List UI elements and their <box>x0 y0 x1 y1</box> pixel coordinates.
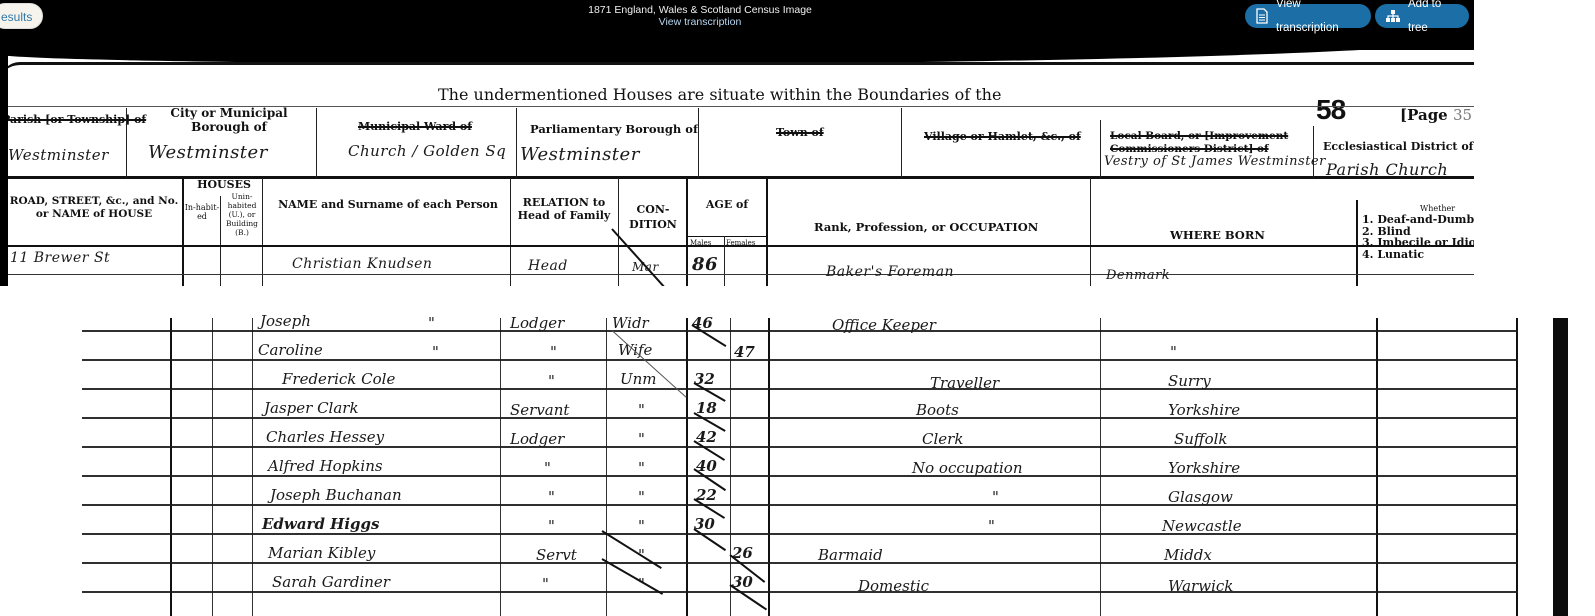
boundary-label-parliamentary: Parliamentary Borough of <box>530 122 698 136</box>
add-to-tree-label: Add to tree <box>1408 0 1459 40</box>
column-header-females: Females <box>726 239 755 247</box>
row-name: Alfred Hopkins <box>268 457 383 475</box>
row-condition: " <box>638 401 645 419</box>
first-row-address: 11 Brewer St <box>10 250 110 266</box>
view-transcription-link[interactable]: View transcription <box>520 16 880 28</box>
view-transcription-button[interactable]: View transcription <box>1245 4 1371 28</box>
first-row-name: Christian Knudsen <box>292 256 432 272</box>
row-condition: " <box>638 517 645 535</box>
boundary-value-local-board: Vestry of St James Westminster <box>1104 154 1326 169</box>
first-row-age-male: 86 <box>692 254 718 275</box>
row-relation: " <box>542 575 549 593</box>
row-where-born: " <box>1170 343 1177 361</box>
row-where-born: Glasgow <box>1168 488 1233 506</box>
column-header-males: Males <box>690 239 711 247</box>
column-header-whether: Whether <box>1420 204 1455 213</box>
boundary-label-local-board: Local Board, or [Improvement Commissione… <box>1110 130 1310 156</box>
row-relation: Servt <box>536 546 577 564</box>
row-occupation: Domestic <box>858 577 929 595</box>
view-transcription-label: View transcription <box>1276 0 1361 40</box>
row-relation: " <box>550 343 557 361</box>
row-relation: " <box>548 372 555 390</box>
boundary-value-parish: Westminster <box>8 146 109 164</box>
image-viewer[interactable]: The undermentioned Houses are situate wi… <box>0 0 1474 286</box>
column-header-where-born: WHERE BORN <box>1170 228 1265 242</box>
row-occupation: " <box>992 488 999 506</box>
column-header-road: ROAD, STREET, &c., and No. or NAME of HO… <box>8 195 180 221</box>
whether-options: 1. Deaf-and-Dumb 2. Blind 3. Imbecile or… <box>1362 214 1474 260</box>
row-age-female: 47 <box>734 343 755 361</box>
row-where-born: Middx <box>1164 546 1212 564</box>
row-relation: Lodger <box>510 430 564 448</box>
boundary-value-parliamentary: Westminster <box>520 144 640 165</box>
column-header-age: AGE of <box>694 198 760 211</box>
row-name: Joseph Buchanan <box>270 486 402 504</box>
column-header-name: NAME and Surname of each Person <box>278 198 498 212</box>
row-name: Jasper Clark <box>264 399 359 417</box>
tree-icon <box>1385 9 1401 23</box>
boundary-value-ward: Church / Golden Sq <box>348 142 506 160</box>
first-row-relation: Head <box>528 258 568 274</box>
column-header-condition: CON-DITION <box>622 202 684 232</box>
viewer-toolbar: esults 1871 England, Wales & Scotland Ce… <box>0 0 1474 50</box>
row-occupation: Boots <box>916 401 959 419</box>
row-relation: Servant <box>510 401 569 419</box>
row-condition: Unm <box>620 370 657 388</box>
row-name: Caroline <box>258 341 323 359</box>
column-header-relation: RELATION to Head of Family <box>512 196 616 222</box>
row-name: Frederick Cole <box>282 370 395 388</box>
column-header-houses: HOUSES <box>186 178 262 191</box>
boundary-label-town: Town of <box>776 126 824 139</box>
page-label: [Page 35 <box>1400 106 1472 124</box>
row-relation: Lodger <box>510 314 564 332</box>
row-name: Joseph <box>260 312 311 330</box>
row-age-male: 46 <box>692 314 713 332</box>
census-image-header[interactable]: The undermentioned Houses are situate wi… <box>8 50 1474 286</box>
row-where-born: Warwick <box>1168 577 1233 595</box>
row-name: Marian Kibley <box>268 544 375 562</box>
row-relation: " <box>548 517 555 535</box>
row-condition: " <box>638 488 645 506</box>
boundary-label-ward: Municipal Ward of <box>358 120 472 133</box>
row-occupation: Traveller <box>930 374 999 392</box>
boundary-label-village: Village or Hamlet, &c., of <box>924 130 1081 143</box>
column-header-inhabited: In-habit-ed <box>184 203 220 221</box>
boundary-label-ecclesiastical: Ecclesiastical District of <box>1323 140 1473 153</box>
boundary-value-city: Westminster <box>148 142 268 163</box>
census-banner: The undermentioned Houses are situate wi… <box>438 85 1001 104</box>
row-where-born: Yorkshire <box>1168 459 1240 477</box>
add-to-tree-button[interactable]: Add to tree <box>1375 4 1469 28</box>
back-to-results-button[interactable]: esults <box>0 3 43 29</box>
row-condition: " <box>638 459 645 477</box>
row-relation: " <box>544 459 551 477</box>
row-condition: " <box>638 430 645 448</box>
page-edge-line <box>8 62 1474 82</box>
viewer-title: 1871 England, Wales & Scotland Census Im… <box>520 4 880 28</box>
row-occupation: Clerk <box>922 430 963 448</box>
row-occupation: No occupation <box>912 459 1022 477</box>
column-header-uninhabited: Unin-habited (U.), or Building (B.) <box>222 192 262 237</box>
first-row-where-born: Denmark <box>1106 268 1170 283</box>
first-row-occupation: Baker's Foreman <box>826 264 954 280</box>
row-occupation: Office Keeper <box>832 316 936 334</box>
row-name: Sarah Gardiner <box>272 573 390 591</box>
image-edge-band <box>1553 318 1568 616</box>
row-relation: " <box>548 488 555 506</box>
row-occupation: " <box>988 517 995 535</box>
row-where-born: Newcastle <box>1162 517 1242 535</box>
boundary-label-city: City or Municipal Borough of <box>144 106 314 134</box>
row-where-born: Surry <box>1168 372 1211 390</box>
row-condition: Widr <box>612 314 649 332</box>
column-header-occupation: Rank, Profession, or OCCUPATION <box>814 220 1038 234</box>
row-where-born: Suffolk <box>1174 430 1227 448</box>
folio-number: 58 <box>1316 94 1345 126</box>
record-title: 1871 England, Wales & Scotland Census Im… <box>520 4 880 16</box>
row-name-highlighted: Edward Higgs <box>262 515 379 533</box>
row-occupation: Barmaid <box>818 546 883 564</box>
row-name: Charles Hessey <box>266 428 384 446</box>
row-where-born: Yorkshire <box>1168 401 1240 419</box>
boundary-value-ecclesiastical: Parish Church <box>1326 160 1448 179</box>
document-icon <box>1255 8 1269 24</box>
census-image-detail[interactable]: Joseph " Lodger Widr 46 Office Keeper Ca… <box>82 318 1522 616</box>
